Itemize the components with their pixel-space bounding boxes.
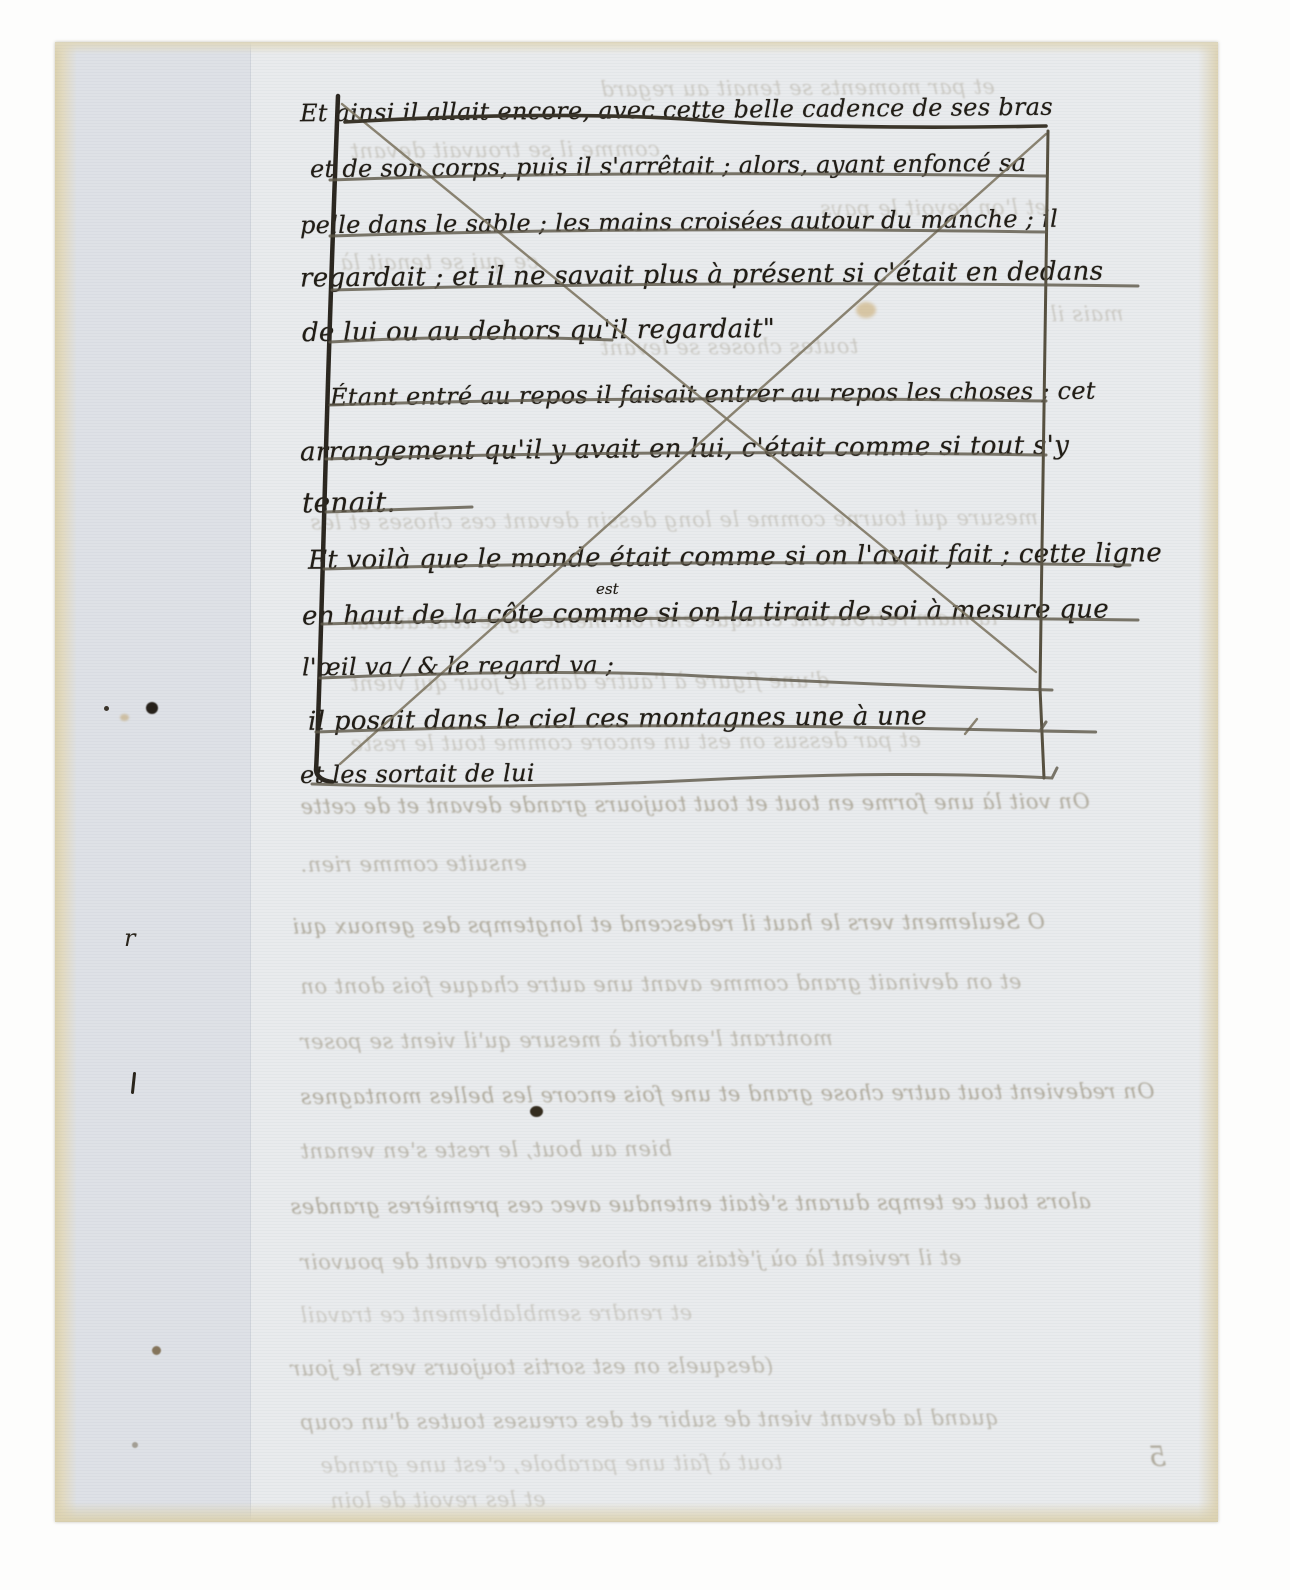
ink-blot	[146, 702, 158, 714]
bleedthrough-line: montrant l'endroit à mesure qu'il vient …	[300, 1026, 833, 1054]
bleedthrough-line: ensuite comme rien.	[300, 851, 527, 877]
bleedthrough-line: et rendre semblablement ce travail	[300, 1301, 692, 1328]
bleedthrough-line: et les revoit de loin	[330, 1487, 546, 1513]
manuscript-line-8: tenait.	[302, 486, 396, 520]
bleedthrough-line: et il revient là où j'étais une chose en…	[300, 1246, 961, 1275]
bleedthrough-line: et on devinait grand comme avant une aut…	[300, 969, 1022, 998]
bleedthrough-page-number: 5	[1148, 1440, 1167, 1473]
paper-speck	[132, 1442, 138, 1448]
bleedthrough-line: (desquels on est sortis toujours vers le…	[290, 1353, 773, 1380]
bleedthrough-line: mesure qui tourne comme le long dessin d…	[310, 505, 1038, 534]
paper-stain	[152, 1346, 161, 1355]
interlinear-insertion: est	[596, 580, 619, 598]
manuscript-line-11: l'œil va / & le regard va ;	[302, 651, 614, 682]
manuscript-line-5: de lui ou au dehors qu'il regardait"	[302, 314, 775, 348]
bleedthrough-line: tout à fait une parabole, c'est une gran…	[320, 1450, 783, 1477]
manuscript-line-12: il posait dans le ciel ces montagnes une…	[308, 701, 927, 736]
paper-stain	[120, 714, 129, 721]
scanned-manuscript-screenshot: et par moments se tenait au regard comme…	[0, 0, 1290, 1590]
paper-stain	[856, 302, 876, 318]
manuscript-line-13: et les sortait de lui	[300, 759, 535, 789]
bleedthrough-line: quand la devant vient de subir et des cr…	[300, 1406, 999, 1435]
margin-pen-mark: r	[124, 924, 135, 952]
ink-speck	[104, 706, 109, 711]
bleedthrough-line: bien au bout, le reste s'en venant	[300, 1137, 672, 1164]
ink-blot	[530, 1106, 543, 1117]
bleedthrough-line: mais il	[1050, 302, 1124, 327]
